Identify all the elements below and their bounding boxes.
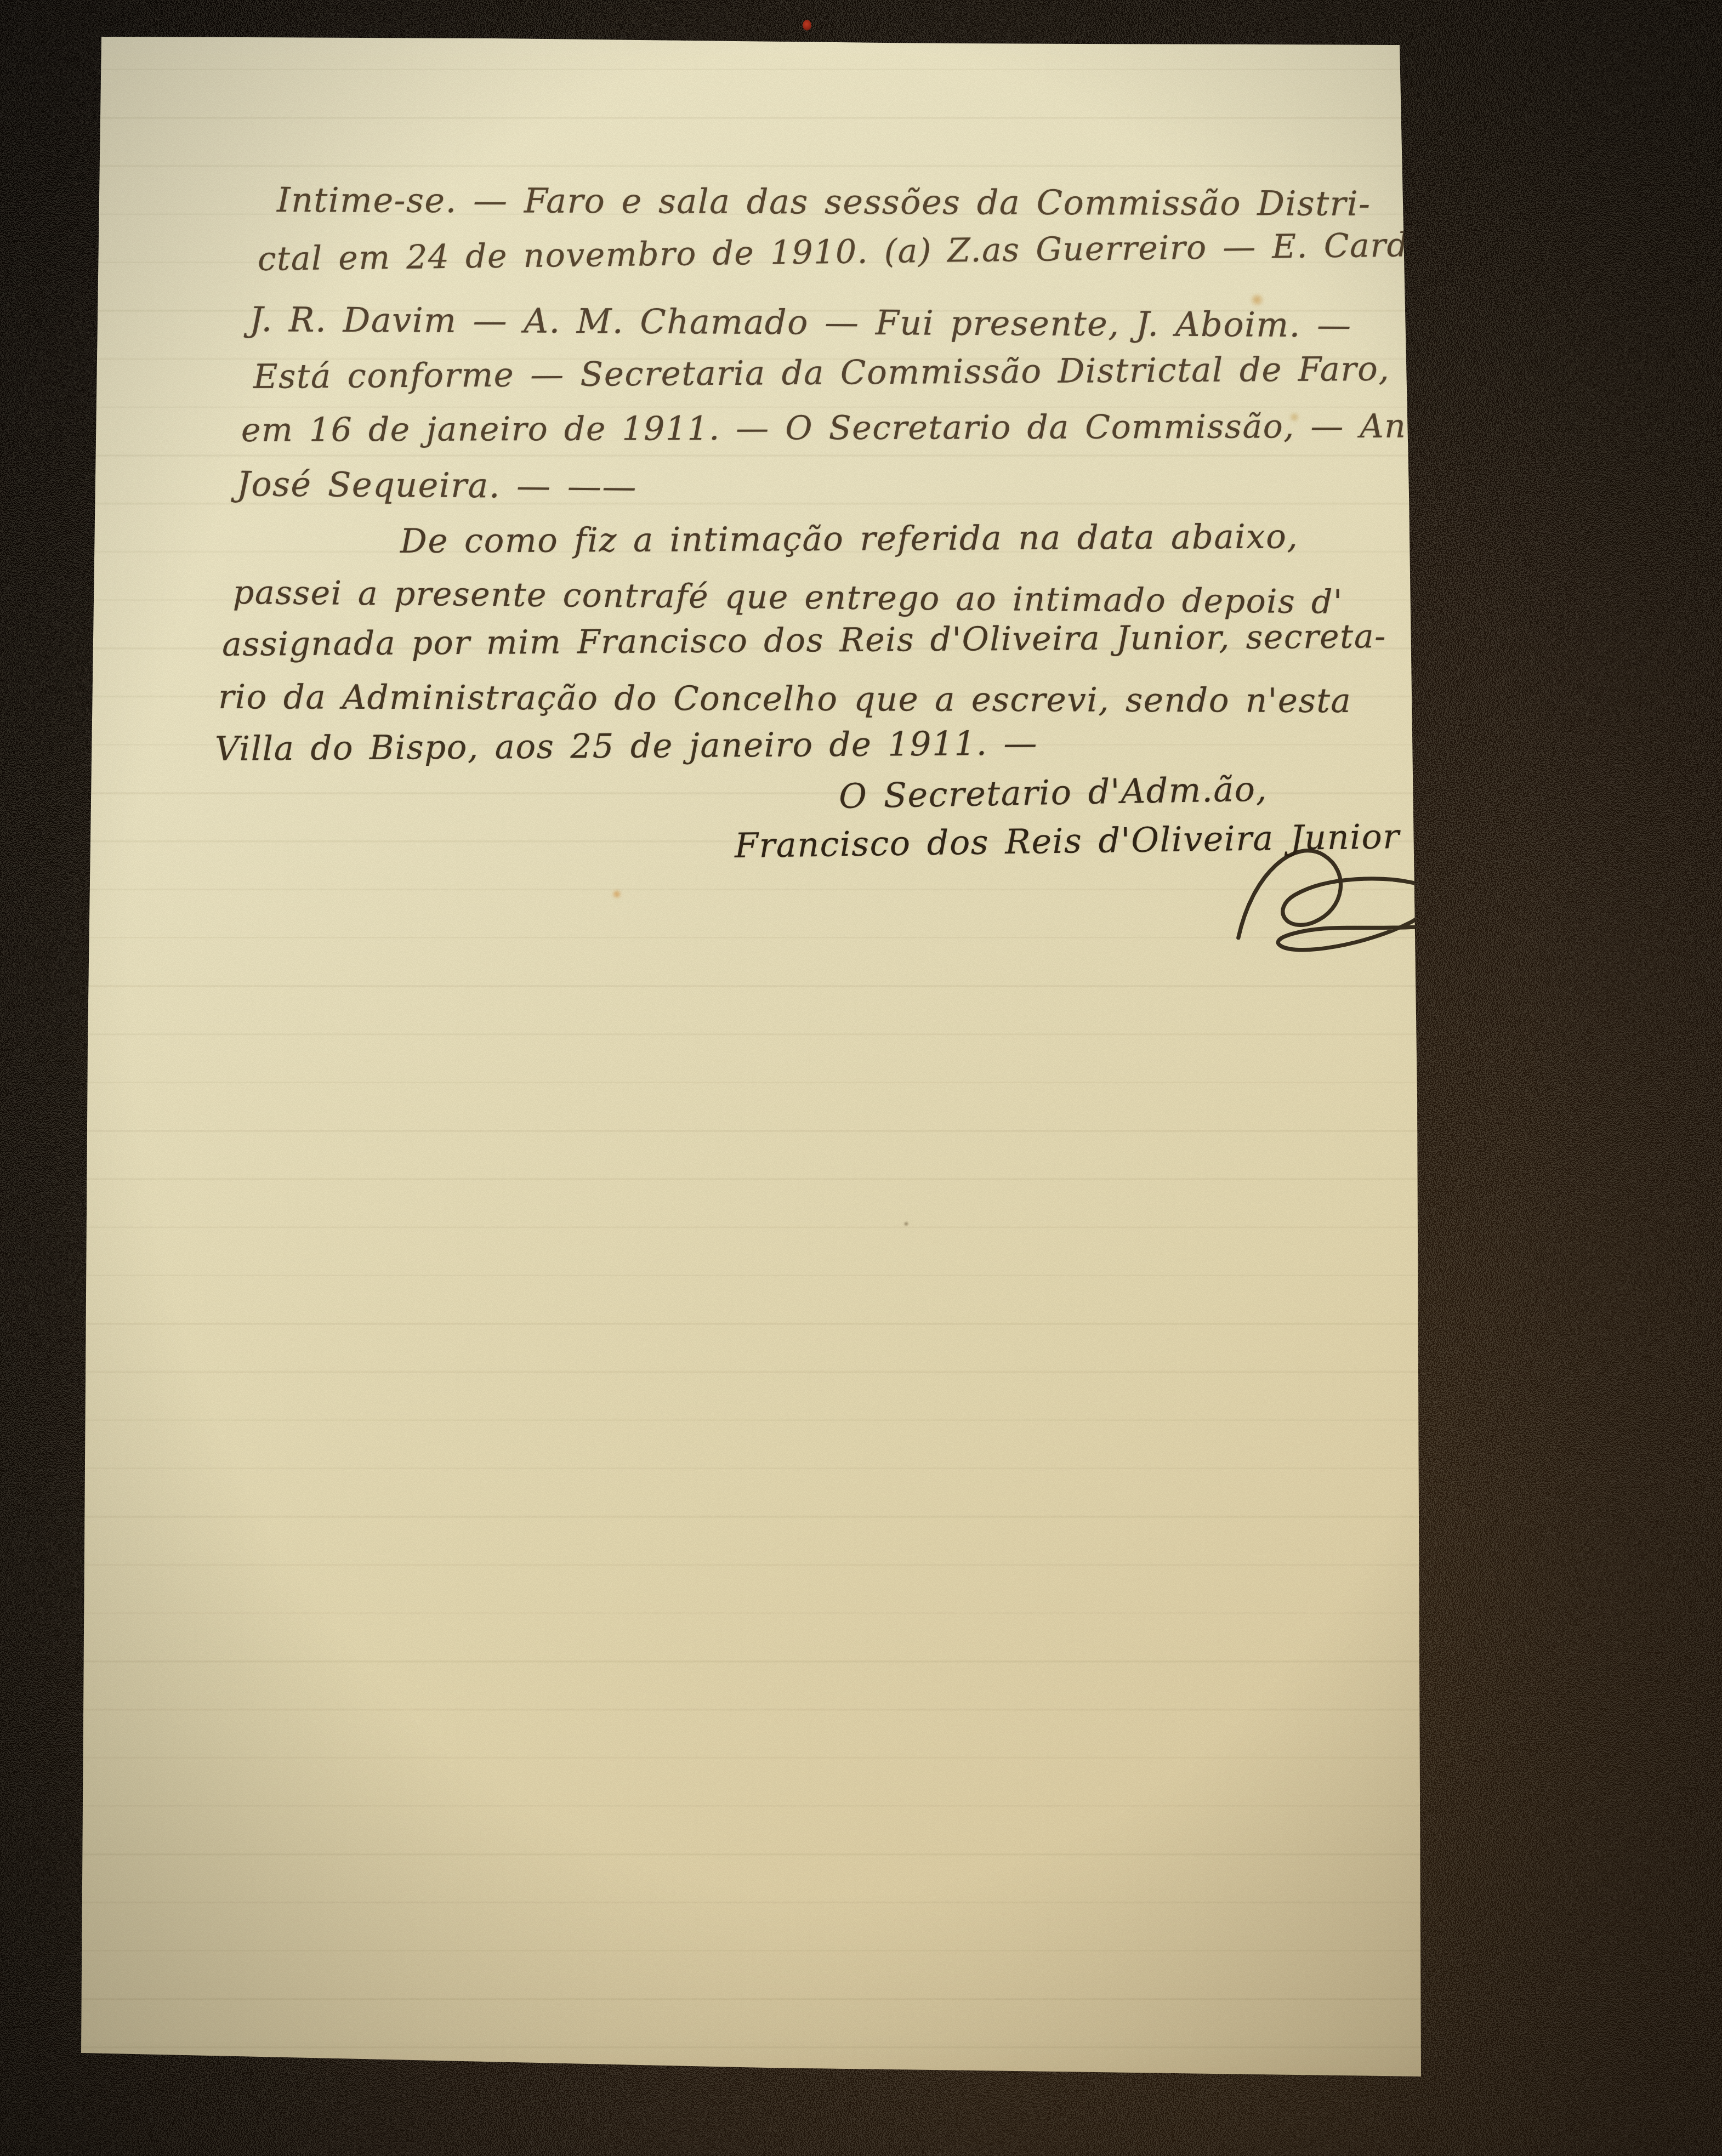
photo-scene: Intime-se. — Faro e sala das sessões da … (0, 0, 1722, 2156)
photo-grain-texture (0, 0, 1722, 2156)
